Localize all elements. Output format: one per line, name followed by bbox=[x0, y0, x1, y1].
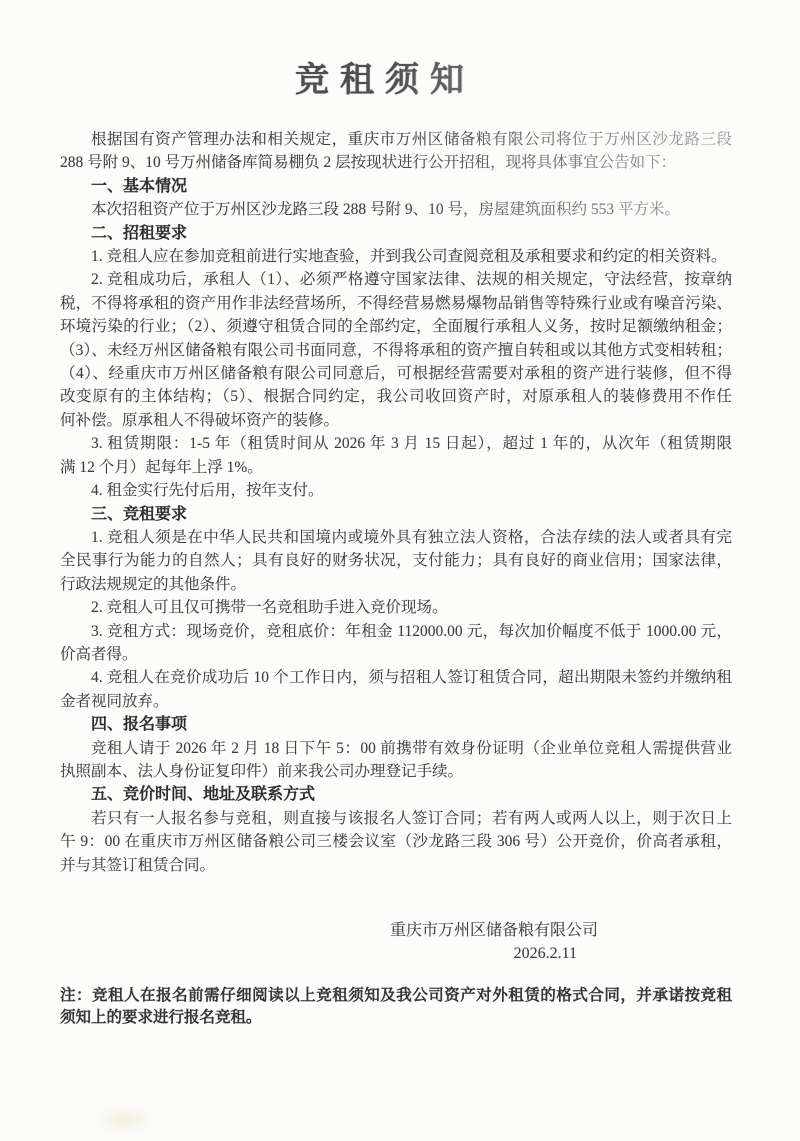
section-5-line-1: 若只有一人报名参与竞租，则直接与该报名人签订合同；若有两人或两人以上，则于次日上 bbox=[60, 807, 732, 830]
intro-line-2: 288 号附 9、10 号万州储备库简易棚负 2 层按现状进行公开招租，现将具体… bbox=[60, 151, 732, 174]
signature-date: 2026.2.11 bbox=[60, 942, 732, 965]
section-2-item-4-line-1: 4. 租金实行先付后用，按年支付。 bbox=[60, 479, 732, 502]
section-2-item-3-line-2: 满 12 个月）起每年上浮 1%。 bbox=[60, 456, 732, 479]
footer-note-line-1: 注：竞租人在报名前需仔细阅读以上竞租须知及我公司资产对外租赁的格式合同，并承诺按… bbox=[60, 985, 732, 1008]
section-2-item-2-line-4: （3）、未经万州区储备粮有限公司书面同意，不得将承租的资产擅自转租或以其他方式变… bbox=[60, 339, 732, 362]
section-3-item-2-line-1: 2. 竞租人可且仅可携带一名竞租助手进入竞价现场。 bbox=[60, 596, 732, 619]
section-4-heading: 四、报名事项 bbox=[60, 713, 732, 736]
section-5-heading: 五、竞价时间、地址及联系方式 bbox=[60, 783, 732, 806]
section-2-item-1-line-1: 1. 竞租人应在参加竞租前进行实地查验，并到我公司查阅竞租及承租要求和约定的相关… bbox=[60, 245, 732, 268]
document-body: 根据国有资产管理办法和相关规定，重庆市万州区储备粮有限公司将位于万州区沙龙路三段… bbox=[60, 128, 732, 1030]
section-3-item-3-line-2: 价高者得。 bbox=[60, 643, 732, 666]
signature-block: 重庆市万州区储备粮有限公司 2026.2.11 bbox=[60, 919, 732, 966]
section-2-item-3-line-1: 3. 租赁期限：1-5 年（租赁时间从 2026 年 3 月 15 日起），超过… bbox=[60, 432, 732, 455]
section-3-item-1-line-2: 全民事行为能力的自然人；具有良好的财务状况，支付能力；具有良好的商业信用；国家法… bbox=[60, 549, 732, 572]
section-3-heading: 三、竞租要求 bbox=[60, 503, 732, 526]
section-3-item-4-line-1: 4. 竞租人在竞价成功后 10 个工作日内，须与招租人签订租赁合同，超出期限未签… bbox=[60, 666, 732, 689]
section-1-line-1: 本次招租资产位于万州区沙龙路三段 288 号附 9、10 号，房屋建筑面积约 5… bbox=[60, 198, 732, 221]
section-2-item-2-line-2: 税，不得将承租的资产用作非法经营场所，不得经营易燃易爆物品销售等特殊行业或有噪音… bbox=[60, 292, 732, 315]
section-3-item-4-line-2: 金者视同放弃。 bbox=[60, 690, 732, 713]
document-page: 竞租须知 根据国有资产管理办法和相关规定，重庆市万州区储备粮有限公司将位于万州区… bbox=[0, 0, 800, 1141]
section-4-line-1: 竞租人请于 2026 年 2 月 18 日下午 5：00 前携带有效身份证明（企… bbox=[60, 737, 732, 760]
section-4-line-2: 执照副本、法人身份证复印件）前来我公司办理登记手续。 bbox=[60, 760, 732, 783]
signature-company: 重庆市万州区储备粮有限公司 bbox=[60, 919, 732, 942]
section-2-item-2-line-5: （4）、经重庆市万州区储备粮有限公司同意后，可根据经营需要对承租的资产进行装修，… bbox=[60, 362, 732, 385]
section-5-line-2: 午 9：00 在重庆市万州区储备粮公司三楼会议室（沙龙路三段 306 号）公开竞… bbox=[60, 830, 732, 853]
footer-note: 注：竞租人在报名前需仔细阅读以上竞租须知及我公司资产对外租赁的格式合同，并承诺按… bbox=[60, 985, 732, 1030]
section-2-item-2-line-6: 改变原有的主体结构；（5）、根据合同约定，我公司收回资产时，对原承租人的装修费用… bbox=[60, 385, 732, 408]
section-2-heading: 二、招租要求 bbox=[60, 222, 732, 245]
intro-line-1: 根据国有资产管理办法和相关规定，重庆市万州区储备粮有限公司将位于万州区沙龙路三段 bbox=[60, 128, 732, 151]
section-2-item-2-line-7: 何补偿。原承租人不得破坏资产的装修。 bbox=[60, 409, 732, 432]
section-2-item-2-line-1: 2. 竞租成功后，承租人（1）、必须严格遵守国家法律、法规的相关规定，守法经营，… bbox=[60, 268, 732, 291]
section-1-heading: 一、基本情况 bbox=[60, 175, 732, 198]
scan-smudge-artifact bbox=[92, 1103, 156, 1137]
document-title: 竞租须知 bbox=[0, 0, 785, 99]
section-3-item-1-line-3: 行政法规规定的其他条件。 bbox=[60, 573, 732, 596]
section-3-item-3-line-1: 3. 竞租方式：现场竞价，竞租底价：年租金 112000.00 元，每次加价幅度… bbox=[60, 620, 732, 643]
footer-note-line-2: 须知上的要求进行报名竞租。 bbox=[60, 1007, 732, 1030]
section-3-item-1-line-1: 1. 竞租人须是在中华人民共和国境内或境外具有独立法人资格，合法存续的法人或者具… bbox=[60, 526, 732, 549]
section-5-line-3: 并与其签订租赁合同。 bbox=[60, 854, 732, 877]
section-2-item-2-line-3: 环境污染的行业；（2）、须遵守租赁合同的全部约定，全面履行承租人义务，按时足额缴… bbox=[60, 315, 732, 338]
